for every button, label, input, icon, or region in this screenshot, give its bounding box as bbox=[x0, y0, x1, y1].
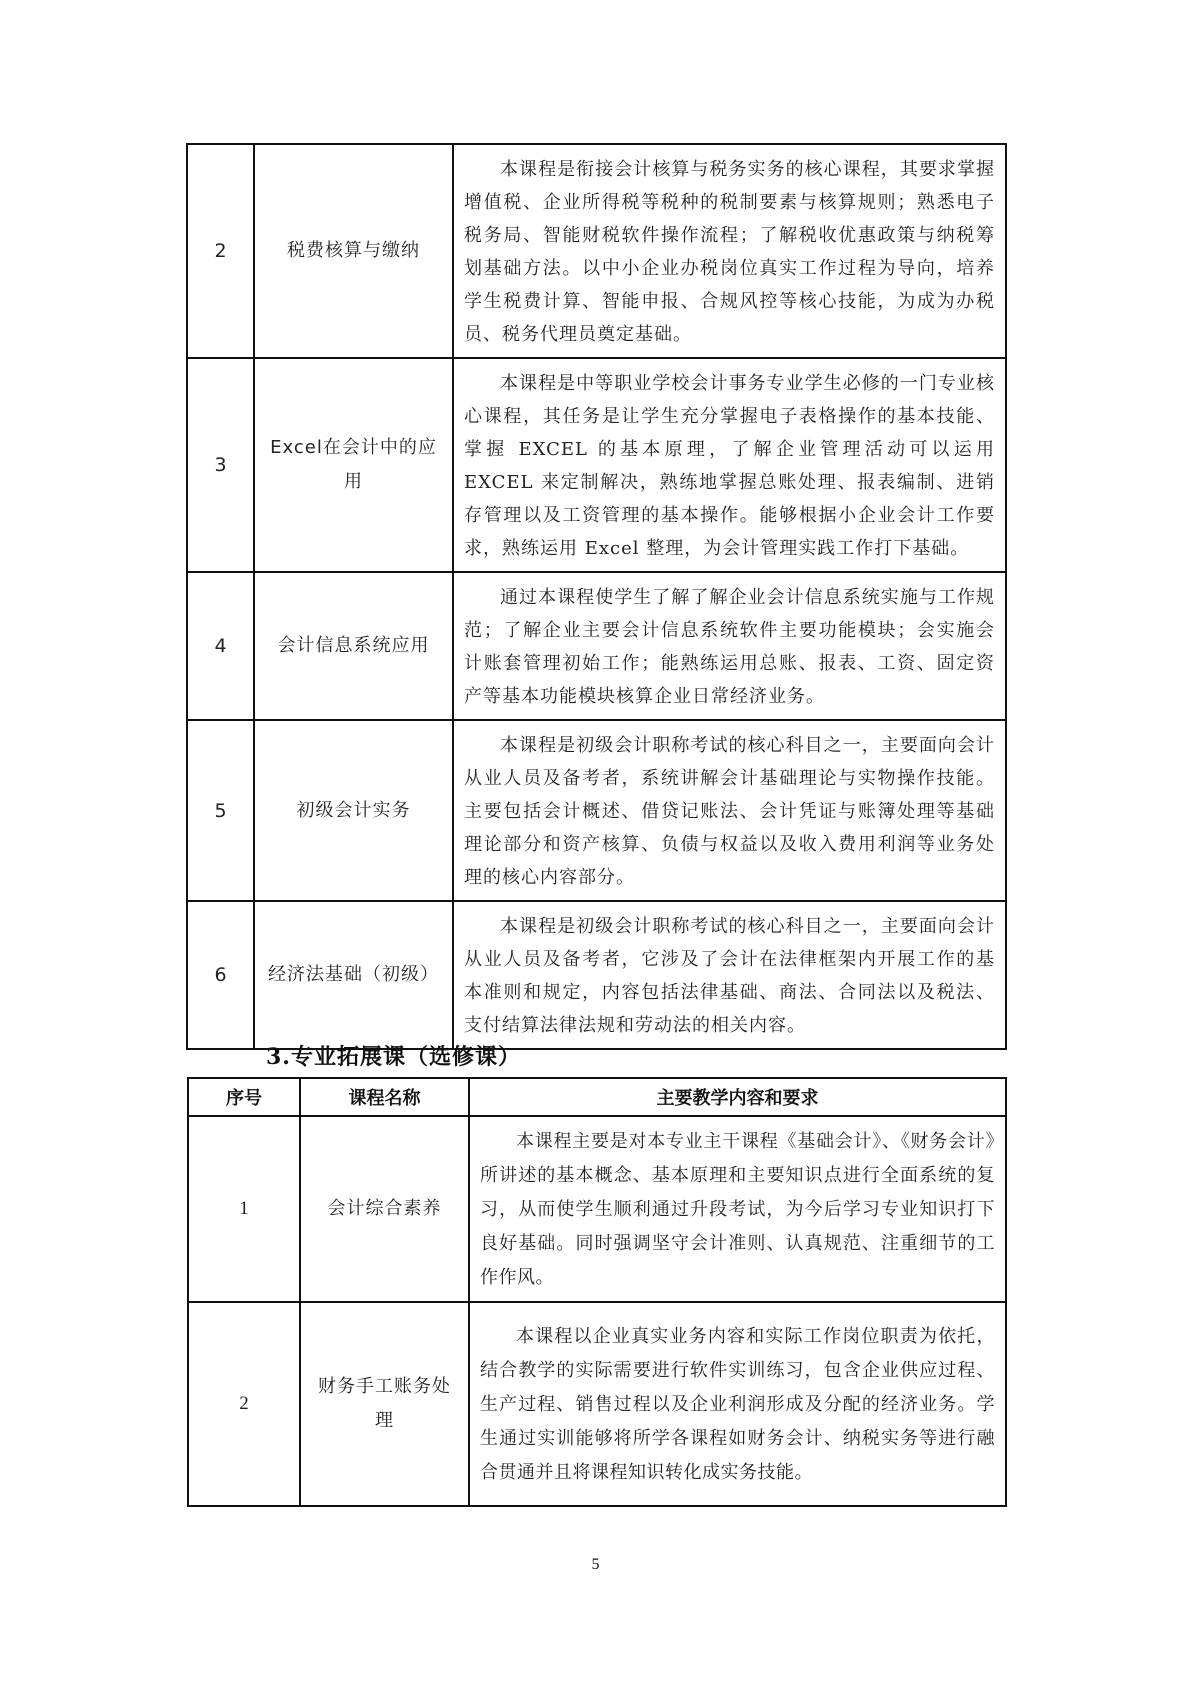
header-content: 主要教学内容和要求 bbox=[469, 1078, 1006, 1116]
course-name: 财务手工账务处理 bbox=[300, 1302, 469, 1506]
course-name: 初级会计实务 bbox=[254, 720, 453, 901]
page-number: 5 bbox=[0, 1556, 1191, 1574]
row-index: 5 bbox=[187, 720, 254, 901]
row-index: 6 bbox=[187, 901, 254, 1049]
course-name: 税费核算与缴纳 bbox=[254, 144, 453, 358]
row-index: 4 bbox=[187, 572, 254, 720]
core-courses-table-continued: 2 税费核算与缴纳 本课程是衔接会计核算与税务实务的核心课程，其要求掌握增值税、… bbox=[186, 143, 1007, 1050]
course-description: 本课程是初级会计职称考试的核心科目之一，主要面向会计从业人员及备考者，系统讲解会… bbox=[453, 720, 1006, 901]
course-name: 会计综合素养 bbox=[300, 1116, 469, 1302]
course-description: 本课程以企业真实业务内容和实际工作岗位职责为依托，结合教学的实际需要进行软件实训… bbox=[469, 1302, 1006, 1506]
table-row: 6 经济法基础（初级） 本课程是初级会计职称考试的核心科目之一，主要面向会计从业… bbox=[187, 901, 1006, 1049]
table-row: 2 税费核算与缴纳 本课程是衔接会计核算与税务实务的核心课程，其要求掌握增值税、… bbox=[187, 144, 1006, 358]
course-name: 会计信息系统应用 bbox=[254, 572, 453, 720]
row-index: 2 bbox=[188, 1302, 300, 1506]
table-row: 4 会计信息系统应用 通过本课程使学生了解了解企业会计信息系统实施与工作规范；了… bbox=[187, 572, 1006, 720]
table-header-row: 序号 课程名称 主要教学内容和要求 bbox=[188, 1078, 1006, 1116]
course-description: 通过本课程使学生了解了解企业会计信息系统实施与工作规范；了解企业主要会计信息系统… bbox=[453, 572, 1006, 720]
course-description: 本课程是中等职业学校会计事务专业学生必修的一门专业核心课程，其任务是让学生充分掌… bbox=[453, 358, 1006, 572]
table-row: 1 会计综合素养 本课程主要是对本专业主干课程《基础会计》、《财务会计》所讲述的… bbox=[188, 1116, 1006, 1302]
table-row: 5 初级会计实务 本课程是初级会计职称考试的核心科目之一，主要面向会计从业人员及… bbox=[187, 720, 1006, 901]
table-row: 3 Excel在会计中的应用 本课程是中等职业学校会计事务专业学生必修的一门专业… bbox=[187, 358, 1006, 572]
row-index: 1 bbox=[188, 1116, 300, 1302]
section-title: 3.专业拓展课（选修课） bbox=[266, 1040, 521, 1071]
header-course-name: 课程名称 bbox=[300, 1078, 469, 1116]
course-description: 本课程是衔接会计核算与税务实务的核心课程，其要求掌握增值税、企业所得税等税种的税… bbox=[453, 144, 1006, 358]
header-index: 序号 bbox=[188, 1078, 300, 1116]
course-name: Excel在会计中的应用 bbox=[254, 358, 453, 572]
course-name: 经济法基础（初级） bbox=[254, 901, 453, 1049]
row-index: 2 bbox=[187, 144, 254, 358]
table-row: 2 财务手工账务处理 本课程以企业真实业务内容和实际工作岗位职责为依托，结合教学… bbox=[188, 1302, 1006, 1506]
row-index: 3 bbox=[187, 358, 254, 572]
elective-courses-table: 序号 课程名称 主要教学内容和要求 1 会计综合素养 本课程主要是对本专业主干课… bbox=[187, 1077, 1007, 1507]
course-description: 本课程主要是对本专业主干课程《基础会计》、《财务会计》所讲述的基本概念、基本原理… bbox=[469, 1116, 1006, 1302]
course-description: 本课程是初级会计职称考试的核心科目之一，主要面向会计从业人员及备考者，它涉及了会… bbox=[453, 901, 1006, 1049]
